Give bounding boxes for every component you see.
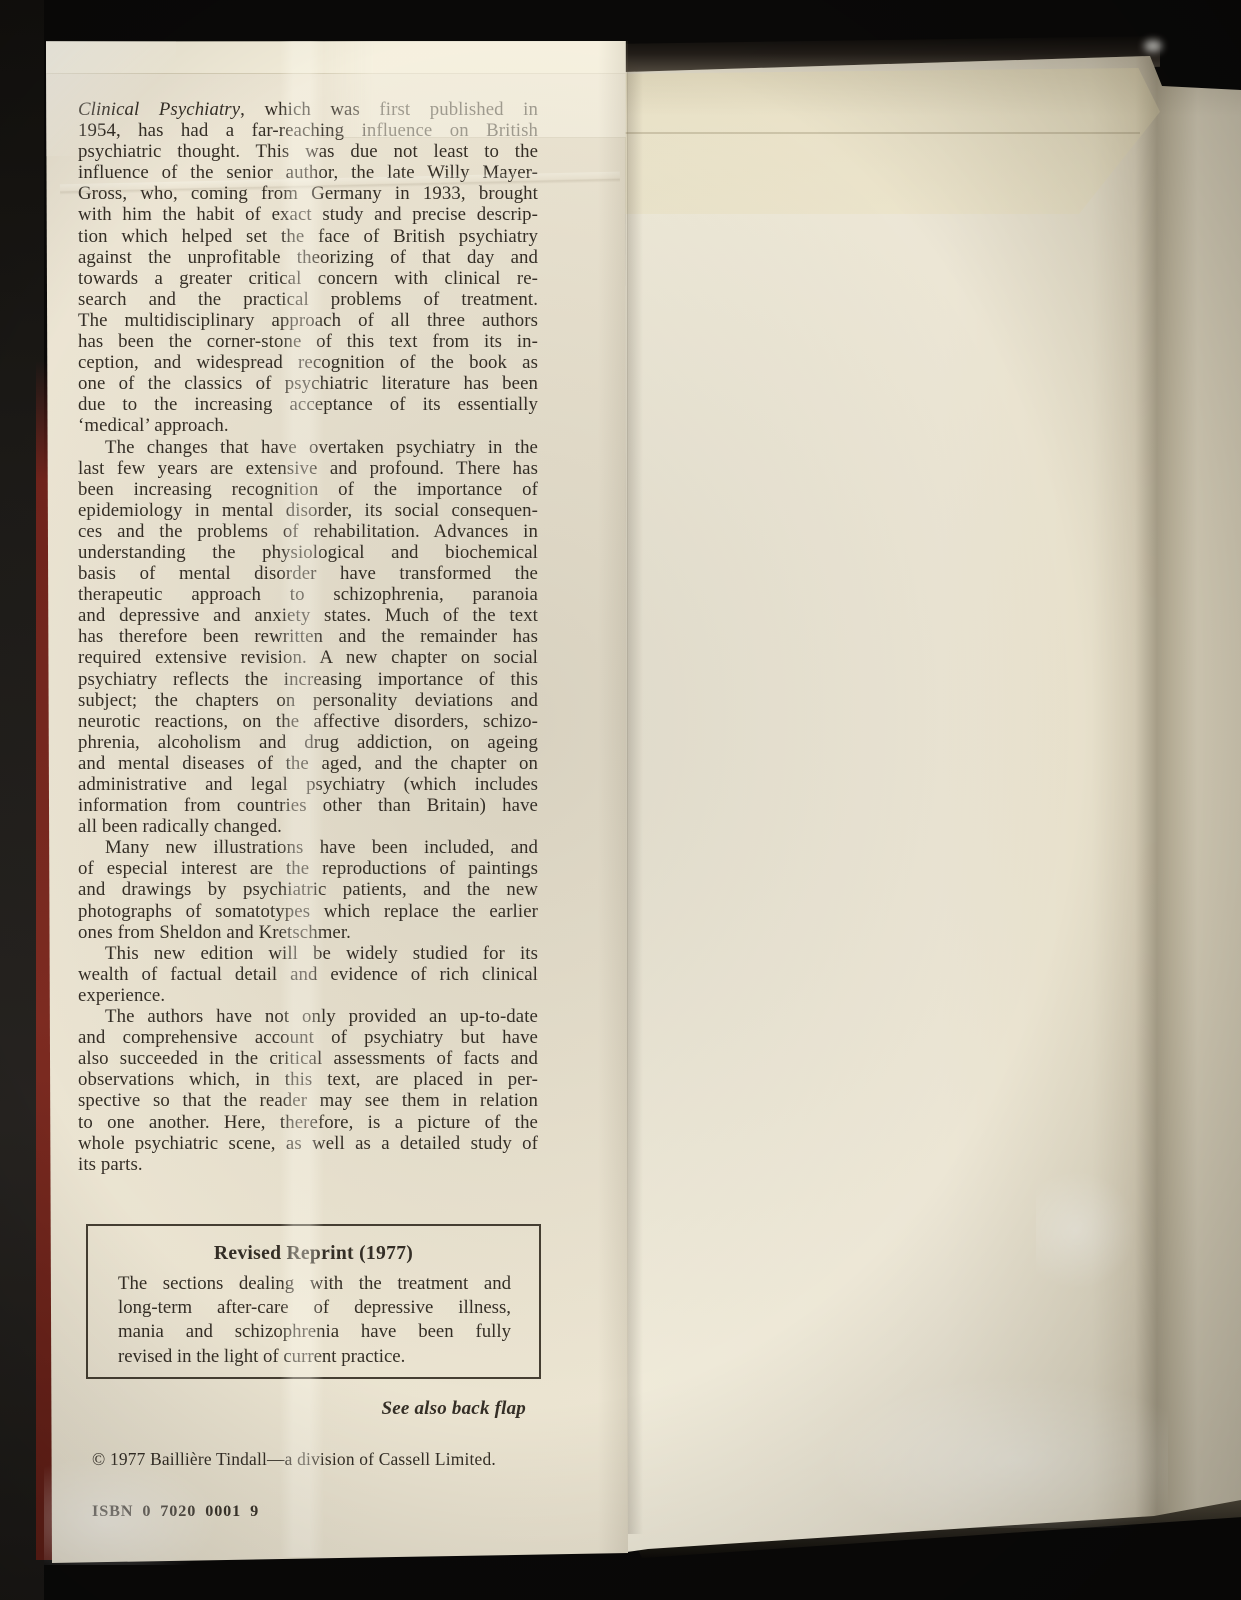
text-line: basis of mental disorder have transforme… [78, 563, 538, 584]
text-line: therapeutic approach to schizophrenia, p… [78, 584, 538, 605]
copyright-line: © 1977 Baillière Tindall—a division of C… [92, 1449, 496, 1470]
flap-text-block: Clinical Psychiatry, which was first pub… [78, 99, 538, 1175]
revised-reprint-title: Revised Reprint (1977) [88, 1243, 539, 1265]
text-line: epidemiology in mental disorder, its soc… [78, 500, 538, 521]
text-line: wealth of factual detail and evidence of… [78, 964, 538, 985]
text-line: information from countries other than Br… [78, 795, 538, 816]
text-line: and comprehensive account of psychiatry … [78, 1027, 538, 1048]
paragraph: The changes that have overtaken psychiat… [78, 437, 538, 838]
text-line: of especial interest are the reproductio… [78, 858, 538, 879]
paragraph: This new edition will be widely studied … [78, 943, 538, 1006]
text-line: and depressive and anxiety states. Much … [78, 605, 538, 626]
text-line: experience. [78, 985, 538, 1006]
text-line: tion which helped set the face of Britis… [78, 226, 538, 247]
tape-band [620, 68, 1160, 214]
paragraph: Many new illustrations have been include… [78, 837, 538, 942]
text-line: revised in the light of current practice… [118, 1345, 511, 1369]
text-line: also succeeded in the critical assessmen… [78, 1048, 538, 1069]
text-line: and drawings by psychiatric patients, an… [78, 879, 538, 900]
text-line: administrative and legal psychiatry (whi… [78, 774, 538, 795]
text-line: mania and schizophrenia have been fully [118, 1320, 511, 1344]
text-line: and mental diseases of the aged, and the… [78, 753, 538, 774]
text-line: ones from Sheldon and Kretschmer. [78, 922, 538, 943]
text-line: required extensive revision. A new chapt… [78, 647, 538, 668]
text-line: all been radically changed. [78, 816, 538, 837]
book-photo: Clinical Psychiatry, which was first pub… [0, 0, 1241, 1600]
text-line: The sections dealing with the treatment … [118, 1272, 511, 1296]
corner-glint [1144, 40, 1162, 52]
text-line: last few years are extensive and profoun… [78, 458, 538, 479]
text-line: has therefore been rewritten and the rem… [78, 626, 538, 647]
text-line: against the unprofitable theorizing of t… [78, 247, 538, 268]
text-line: its parts. [78, 1154, 538, 1175]
text-line: due to the increasing acceptance of its … [78, 394, 538, 415]
text-line: This new edition will be widely studied … [78, 943, 538, 964]
text-line: photographs of somatotypes which replace… [78, 901, 538, 922]
isbn-line: ISBN 0 7020 0001 9 [92, 1502, 259, 1521]
text-line: neurotic reactions, on the affective dis… [78, 711, 538, 732]
text-line: to one another. Here, therefore, is a pi… [78, 1112, 538, 1133]
text-line: phrenia, alcoholism and drug addiction, … [78, 732, 538, 753]
text-line: towards a greater critical concern with … [78, 268, 538, 289]
text-line: Many new illustrations have been include… [78, 837, 538, 858]
text-line: one of the classics of psychiatric liter… [78, 373, 538, 394]
text-line: psychiatry reflects the increasing impor… [78, 669, 538, 690]
text-line: ‘medical’ approach. [78, 415, 538, 436]
text-line: with him the habit of exact study and pr… [78, 204, 538, 225]
revised-reprint-box: Revised Reprint (1977) The sections deal… [86, 1224, 541, 1379]
tape-seam [620, 132, 1140, 134]
flap-corner-wear [46, 41, 176, 156]
text-line: been increasing recognition of the impor… [78, 479, 538, 500]
text-line: ces and the problems of rehabilitation. … [78, 521, 538, 542]
text-line: The authors have not only provided an up… [78, 1006, 538, 1027]
text-line: understanding the physiological and bioc… [78, 542, 538, 563]
text-line: observations which, in this text, are pl… [78, 1069, 538, 1090]
text-line: The changes that have overtaken psychiat… [78, 437, 538, 458]
text-line: Gross, who, coming from Germany in 1933,… [78, 183, 538, 204]
endpaper-page [618, 0, 1241, 1600]
text-line: ception, and widespread recognition of t… [78, 352, 538, 373]
text-line: subject; the chapters on personality dev… [78, 690, 538, 711]
text-line: spective so that the reader may see them… [78, 1090, 538, 1111]
revised-reprint-body: The sections dealing with the treatment … [118, 1272, 511, 1369]
text-line: search and the practical problems of tre… [78, 289, 538, 310]
text-line: influence of the senior author, the late… [78, 162, 538, 183]
text-line: long-term after-care of depressive illne… [118, 1296, 511, 1320]
text-line: has been the corner-stone of this text f… [78, 331, 538, 352]
text-line: The multidisciplinary approach of all th… [78, 310, 538, 331]
see-also-note: See also back flap [78, 1398, 526, 1420]
paragraph: The authors have not only provided an up… [78, 1006, 538, 1175]
text-line: whole psychiatric scene, as well as a de… [78, 1133, 538, 1154]
flap-light-patch [318, 41, 626, 138]
